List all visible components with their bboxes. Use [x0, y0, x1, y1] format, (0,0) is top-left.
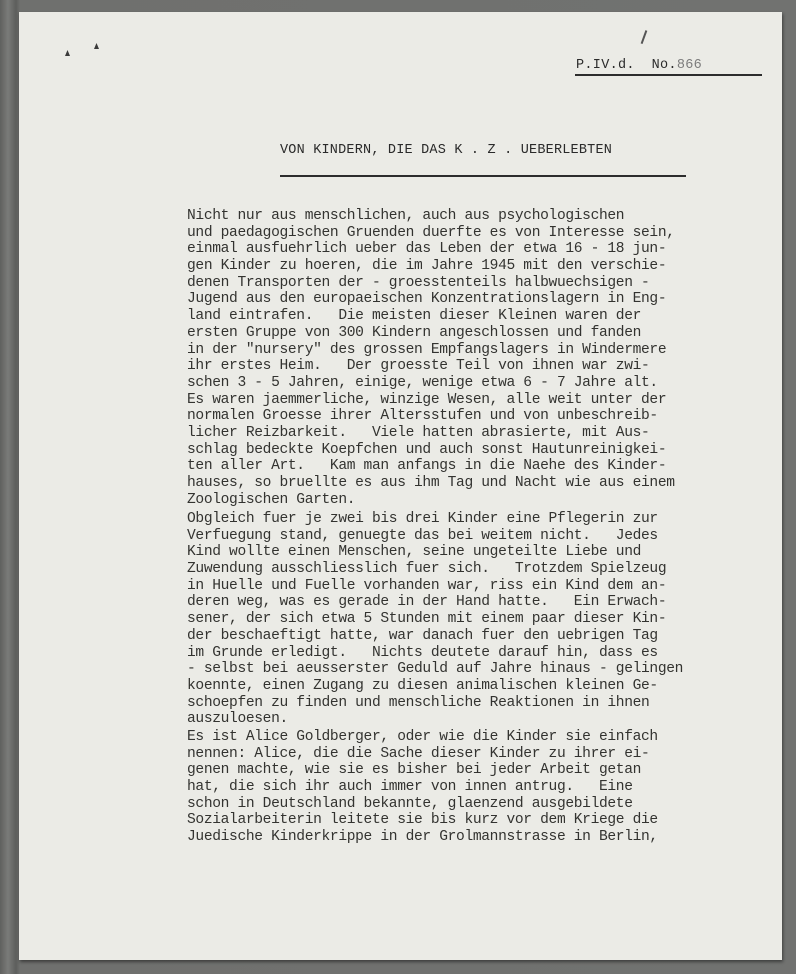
text-line: schen 3 - 5 Jahren, einige, wenige etwa …	[187, 375, 787, 392]
text-line: der beschaeftigt hatte, war danach fuer …	[187, 628, 787, 645]
text-line: Nicht nur aus menschlichen, auch aus psy…	[187, 208, 787, 225]
reference-prefix: P.IV.d.	[576, 58, 635, 73]
text-line: - selbst bei aeusserster Geduld auf Jahr…	[187, 661, 787, 678]
reference-number: 866	[677, 58, 702, 73]
text-line: Zoologischen Garten.	[187, 492, 787, 509]
text-line: genen machte, wie sie es bisher bei jede…	[187, 762, 787, 779]
reference-label: No.	[652, 58, 677, 73]
text-line: ten aller Art. Kam man anfangs in die Na…	[187, 458, 787, 475]
text-line: Obgleich fuer je zwei bis drei Kinder ei…	[187, 511, 787, 528]
text-line: im Grunde erledigt. Nichts deutete darau…	[187, 645, 787, 662]
text-line: in der "nursery" des grossen Empfangslag…	[187, 342, 787, 359]
paragraph-2: Obgleich fuer je zwei bis drei Kinder ei…	[187, 511, 787, 728]
reference-underline	[575, 74, 762, 76]
text-line: in Huelle und Fuelle vorhanden war, riss…	[187, 578, 787, 595]
document-reference: P.IV.d. No.866	[576, 58, 762, 73]
title-underline	[280, 175, 686, 177]
text-line: schon in Deutschland bekannte, glaenzend…	[187, 796, 787, 813]
text-line: schlag bedeckte Koepfchen und auch sonst…	[187, 442, 787, 459]
paragraph-1: Nicht nur aus menschlichen, auch aus psy…	[187, 208, 787, 508]
text-line: land eintrafen. Die meisten dieser Klein…	[187, 308, 787, 325]
text-line: Sozialarbeiterin leitete sie bis kurz vo…	[187, 812, 787, 829]
text-line: schoepfen zu finden und menschliche Reak…	[187, 695, 787, 712]
text-line: einmal ausfuehrlich ueber das Leben der …	[187, 241, 787, 258]
text-line: Verfuegung stand, genuegte das bei weite…	[187, 528, 787, 545]
punch-hole-mark	[94, 43, 99, 49]
text-line: Jugend aus den europaeischen Konzentrati…	[187, 291, 787, 308]
text-line: sener, der sich etwa 5 Stunden mit einem…	[187, 611, 787, 628]
text-line: hauses, so bruellte es aus ihm Tag und N…	[187, 475, 787, 492]
text-line: Zuwendung ausschliesslich fuer sich. Tro…	[187, 561, 787, 578]
text-line: deren weg, was es gerade in der Hand hat…	[187, 594, 787, 611]
paragraph-3: Es ist Alice Goldberger, oder wie die Ki…	[187, 729, 787, 846]
pencil-tick-mark	[641, 30, 647, 44]
text-line: Kind wollte einen Menschen, seine ungete…	[187, 544, 787, 561]
text-line: Juedische Kinderkrippe in der Grolmannst…	[187, 829, 787, 846]
text-line: ihr erstes Heim. Der groesste Teil von i…	[187, 358, 787, 375]
text-line: Es waren jaemmerliche, winzige Wesen, al…	[187, 392, 787, 409]
text-line: und paedagogischen Gruenden duerfte es v…	[187, 225, 787, 242]
text-line: licher Reizbarkeit. Viele hatten abrasie…	[187, 425, 787, 442]
text-line: koennte, einen Zugang zu diesen animalis…	[187, 678, 787, 695]
document-title: VON KINDERN, DIE DAS K . Z . UEBERLEBTEN	[280, 143, 612, 159]
text-line: nennen: Alice, die die Sache dieser Kind…	[187, 746, 787, 763]
punch-hole-mark	[65, 50, 70, 56]
text-line: denen Transporten der - groesstenteils h…	[187, 275, 787, 292]
text-line: Es ist Alice Goldberger, oder wie die Ki…	[187, 729, 787, 746]
text-line: normalen Groesse ihrer Altersstufen und …	[187, 408, 787, 425]
text-line: gen Kinder zu hoeren, die im Jahre 1945 …	[187, 258, 787, 275]
text-line: ersten Gruppe von 300 Kindern angeschlos…	[187, 325, 787, 342]
text-line: auszuloesen.	[187, 711, 787, 728]
text-line: hat, die sich ihr auch immer von innen a…	[187, 779, 787, 796]
